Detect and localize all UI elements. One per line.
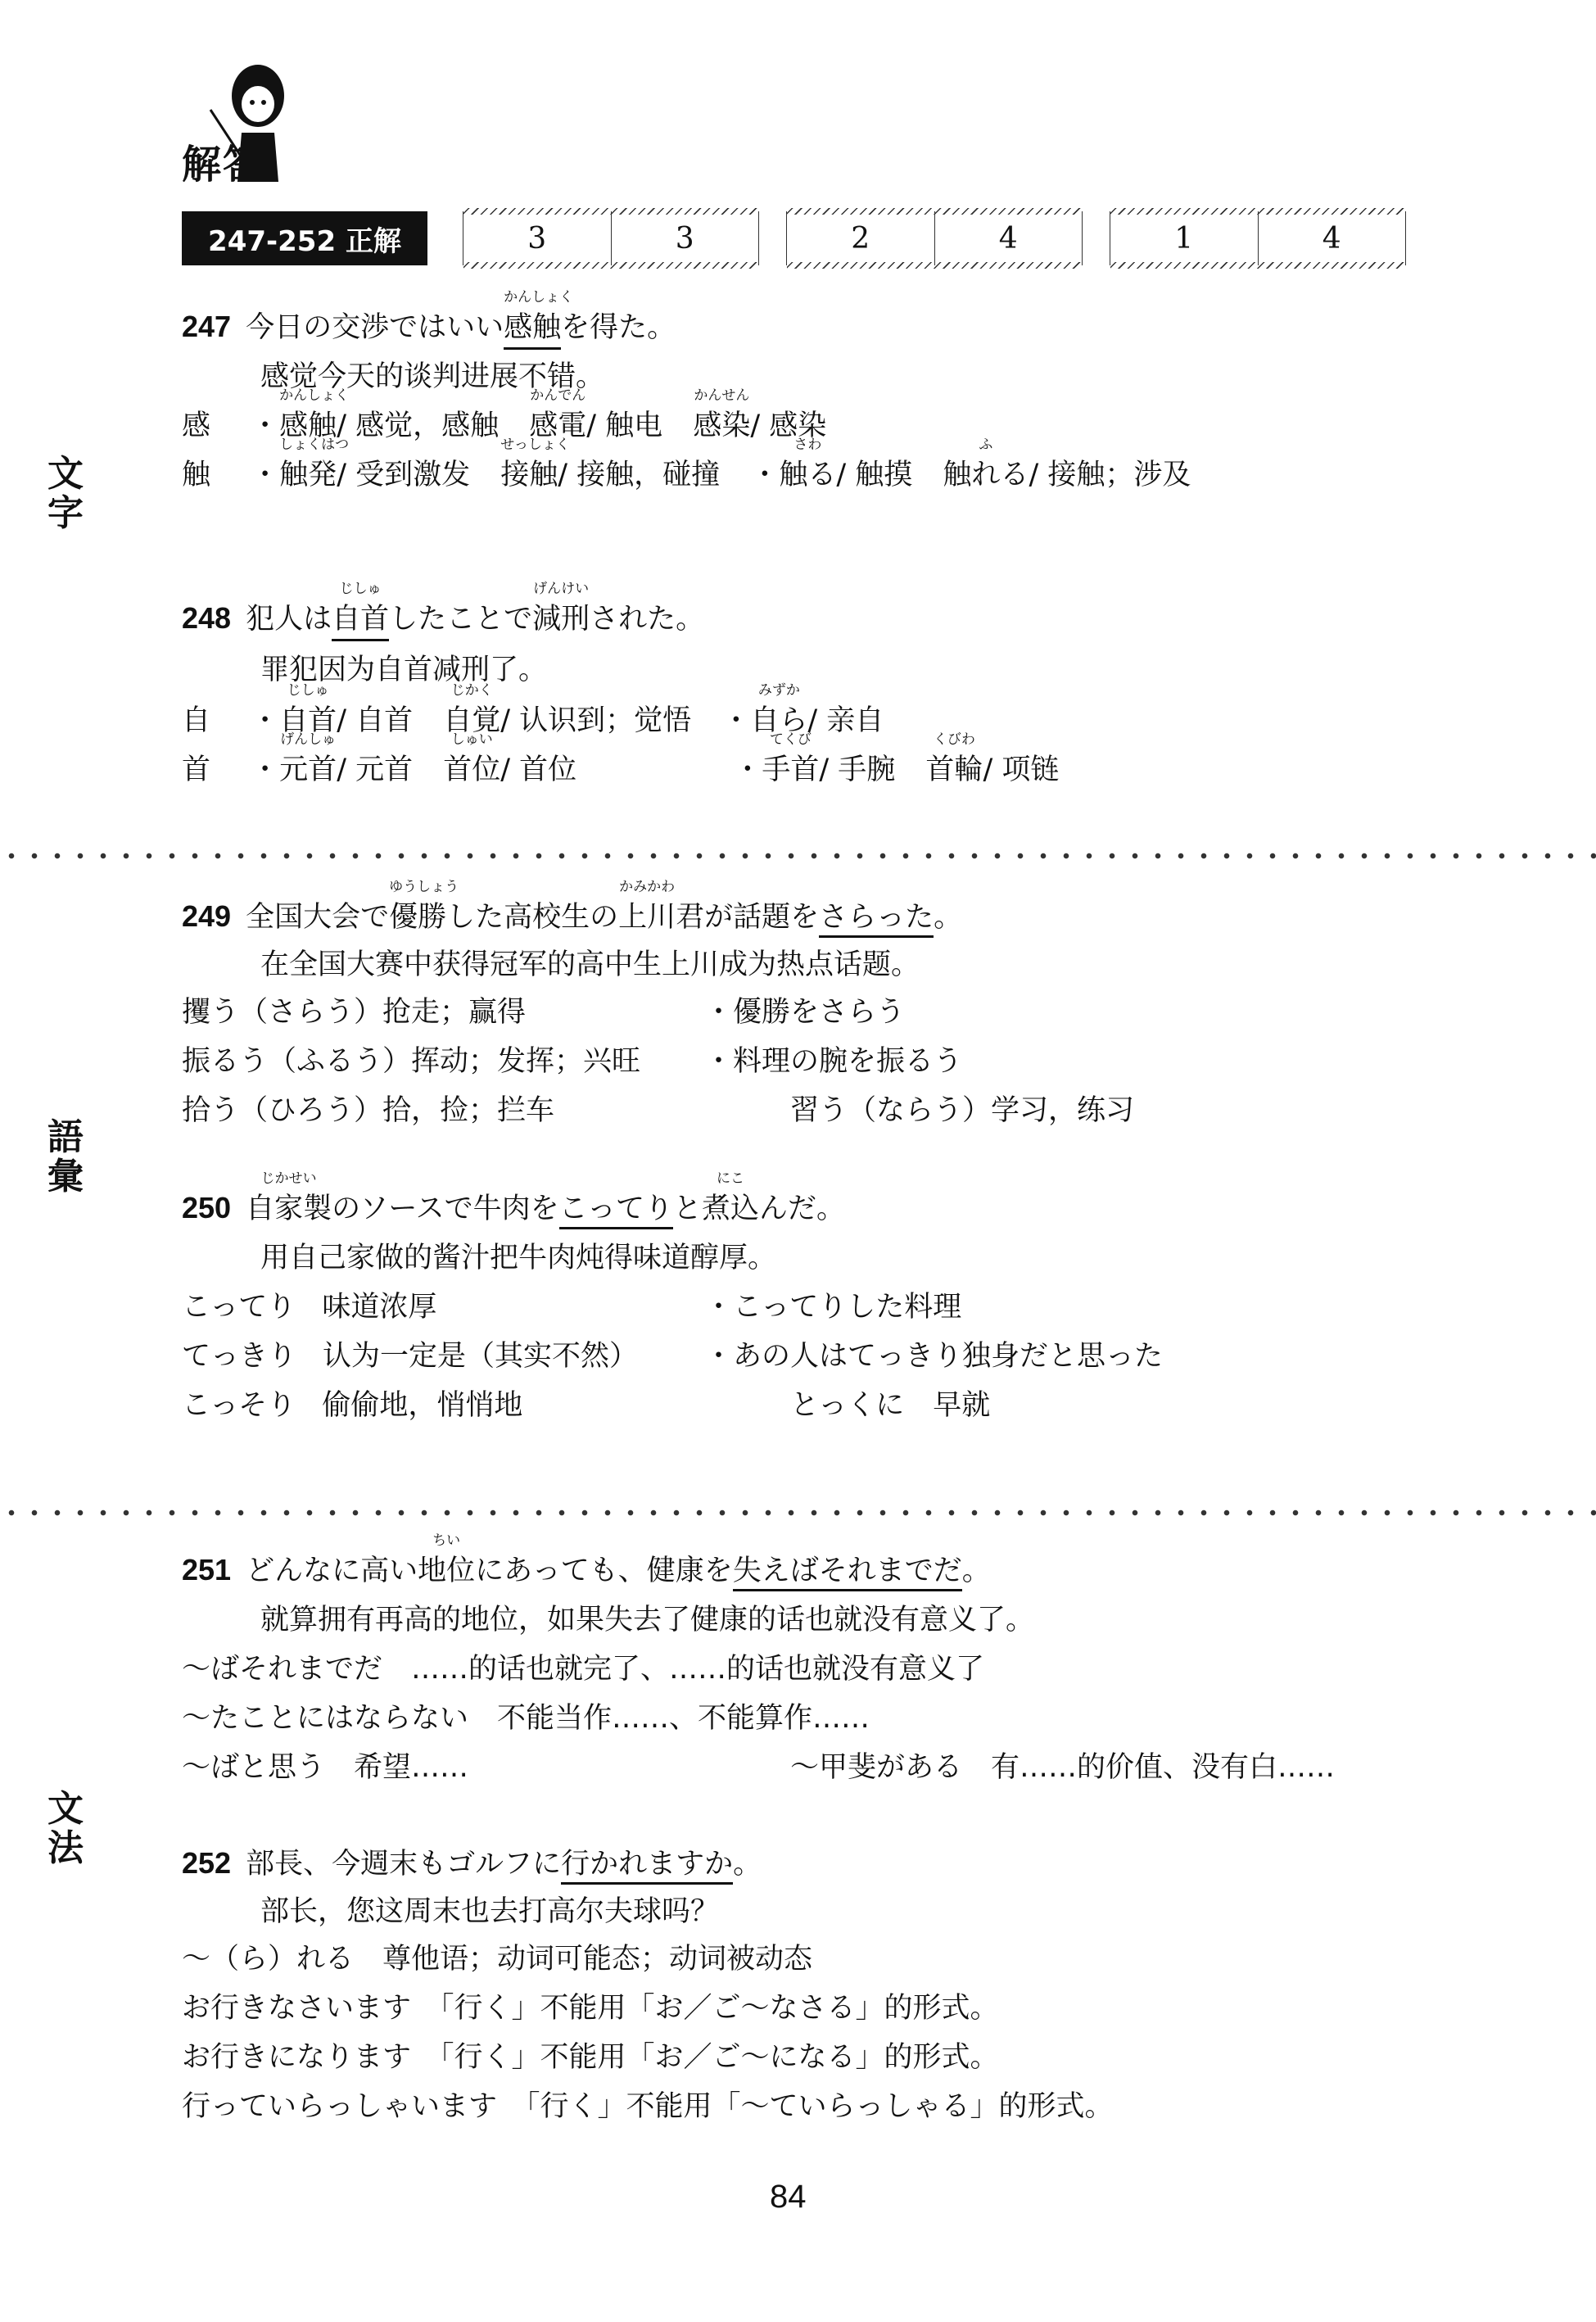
question-text: のソースで牛肉を xyxy=(332,1193,559,1225)
question-250: 250じかせい自家製のソースで牛肉をこってりとにこ煮込んだ。 xyxy=(182,1186,845,1227)
vocab-meaning: / 自首 xyxy=(337,704,413,737)
answer-247: 3 xyxy=(463,211,611,265)
question-number: 247 xyxy=(182,310,231,343)
vocab-meaning: / 元首 xyxy=(337,754,413,786)
note-line: ～（ら）れる 尊他语；动词可能态；动词被动态 xyxy=(182,1936,812,1977)
page-number: 84 xyxy=(770,2179,807,2216)
note-right: ・こってりした料理 xyxy=(704,1284,961,1325)
note-left: てっきり认为一定是（其实不然） xyxy=(182,1333,638,1374)
note-right: ・料理の腕を振るう xyxy=(704,1039,962,1080)
question-248: 248犯人はじしゅ自首したことでげんけい減刑された。 xyxy=(182,596,704,641)
furigana: せっしょく xyxy=(500,432,558,453)
kanji-head: 触 xyxy=(182,459,210,491)
question-text: された。 xyxy=(590,603,704,636)
note-right: ・あの人はてっきり独身だと思った xyxy=(704,1333,1163,1374)
answer-group-1: 3 3 xyxy=(463,211,759,265)
furigana: じしゅ xyxy=(332,577,389,597)
side-label-moji: 文字 xyxy=(45,455,86,534)
target-word: かんしょく感触 xyxy=(504,305,561,350)
vocab-meaning: / 感觉，感触 xyxy=(337,410,499,442)
question-text: 。 xyxy=(962,1555,991,1587)
answer-251: 1 xyxy=(1110,211,1258,265)
target-word: 失えばそれまでだ xyxy=(733,1555,962,1591)
answer-group-3: 1 4 xyxy=(1110,211,1406,265)
furigana: かんでん xyxy=(529,383,586,404)
answer-248: 3 xyxy=(611,211,759,265)
note-left: 攫う（さらう）抢走；赢得 xyxy=(182,989,526,1030)
section-divider xyxy=(0,852,1596,860)
furigana: げんしゅ xyxy=(279,727,337,748)
question-text: 全国大会で xyxy=(246,901,389,934)
note-left: 拾う（ひろう）拾，捡；拦车 xyxy=(182,1088,554,1129)
furigana: かんせん xyxy=(693,383,750,404)
answer-range-label: 247-252 正解 xyxy=(182,211,427,265)
question-text: 上川 xyxy=(618,901,676,934)
note-line: お行きなさいます 「行く」不能用「お／ご～なさる」的形式。 xyxy=(182,1985,999,2026)
question-text: んだ。 xyxy=(759,1193,845,1225)
question-text: したことで xyxy=(389,603,532,636)
question-text: と xyxy=(673,1193,702,1225)
furigana: しょくはつ xyxy=(279,432,337,453)
target-text: 感触 xyxy=(504,311,561,344)
furigana: にこ xyxy=(702,1166,759,1187)
note-left: ～ばと思う 希望…… xyxy=(182,1745,468,1786)
furigana: じかせい xyxy=(246,1166,332,1187)
vocab-meaning: / 接触；涉及 xyxy=(1029,459,1191,491)
question-text: 今日の交渉ではいい xyxy=(246,311,504,344)
question-251: 251どんなに高いちい地位にあっても、健康を失えばそれまでだ。 xyxy=(182,1548,991,1589)
question-text: どんなに高い xyxy=(246,1555,418,1587)
question-text: 減刑 xyxy=(532,603,590,636)
note-left: こってり味道浓厚 xyxy=(182,1284,436,1325)
section-divider xyxy=(0,1509,1596,1517)
vocab-meaning: / 触电 xyxy=(586,410,662,442)
note-right: とっくに 早就 xyxy=(790,1383,990,1424)
translation-252: 部长，您这周末也去打高尔夫球吗？ xyxy=(260,1889,719,1930)
question-number: 252 xyxy=(182,1846,231,1880)
translation-250: 用自己家做的酱汁把牛肉炖得味道醇厚。 xyxy=(260,1235,776,1276)
furigana: ゆうしょう xyxy=(389,875,446,895)
question-number: 248 xyxy=(182,601,231,635)
vocab-meaning: / 触摸 xyxy=(836,459,912,491)
kanji-head: 感 xyxy=(182,410,210,442)
vocab-word: 首位 xyxy=(443,754,500,786)
furigana: じしゅ xyxy=(279,678,337,699)
note-word: こってり xyxy=(182,1291,296,1324)
furigana: ちい xyxy=(418,1528,475,1549)
note-line: お行きになります 「行く」不能用「お／ご～になる」的形式。 xyxy=(182,2035,999,2075)
note-line: 行っていらっしゃいます 「行く」不能用「～ていらっしゃる」的形式。 xyxy=(182,2084,1114,2125)
question-number: 249 xyxy=(182,899,231,933)
vocab-word: 触発 xyxy=(279,459,337,491)
answer-250: 4 xyxy=(934,211,1083,265)
answer-249: 2 xyxy=(787,211,934,265)
answer-252: 4 xyxy=(1258,211,1406,265)
note-right: 習う（ならう）学习，练习 xyxy=(790,1088,1134,1129)
vocab-meaning: / 项链 xyxy=(983,754,1059,786)
vocab-row: 触 ・しょくはつ触発/ 受到激发 せっしょく接触/ 接触，碰撞 ・さわ触る/ 触… xyxy=(182,452,1191,493)
kanji-head: 自 xyxy=(182,704,210,737)
note-meaning: 认为一定是（其实不然） xyxy=(323,1340,638,1373)
note-word: てっきり xyxy=(182,1340,296,1373)
vocab-word: 触れる xyxy=(943,459,1029,491)
question-text: 部長、今週末もゴルフに xyxy=(246,1848,561,1881)
teacher-mascot-icon xyxy=(209,59,299,190)
question-number: 250 xyxy=(182,1191,231,1224)
question-247: 247今日の交渉ではいいかんしょく感触を得た。 xyxy=(182,305,676,350)
question-number: 251 xyxy=(182,1553,231,1586)
furigana: かんしょく xyxy=(504,285,561,306)
vocab-meaning: / 接触，碰撞 xyxy=(558,459,720,491)
question-249: 249全国大会でゆうしょう優勝した高校生のかみかわ上川君が話題をさらった。 xyxy=(182,894,962,935)
furigana: じかく xyxy=(443,678,500,699)
question-252: 252部長、今週末もゴルフに行かれますか。 xyxy=(182,1841,762,1882)
note-right: ～甲斐がある 有……的价值、没有白…… xyxy=(790,1745,1335,1786)
note-left: こっそり偷偷地，悄悄地 xyxy=(182,1383,522,1424)
target-word: さらった xyxy=(819,901,934,938)
question-text: 地位 xyxy=(418,1555,475,1587)
question-text: 。 xyxy=(934,901,962,934)
furigana: げんけい xyxy=(532,577,590,597)
question-text: した高校生の xyxy=(446,901,618,934)
answer-group-2: 2 4 xyxy=(786,211,1083,265)
kanji-head: 首 xyxy=(182,754,210,786)
vocab-word: 手首 xyxy=(762,754,819,786)
note-left: ～たことにはならない 不能当作……、不能算作…… xyxy=(182,1695,870,1736)
target-word: こってり xyxy=(559,1193,673,1229)
question-text: 煮込 xyxy=(702,1193,759,1225)
vocab-word: 元首 xyxy=(279,754,337,786)
vocab-row: 首 ・げんしゅ元首/ 元首 しゅい首位/ 首位 ・てくび手首/ 手腕 くびわ首輪… xyxy=(182,747,1059,788)
furigana: しゅい xyxy=(443,727,500,748)
question-text: 優勝 xyxy=(389,901,446,934)
side-label-bunpou: 文法 xyxy=(45,1790,86,1869)
vocab-meaning: / 首位 xyxy=(500,754,576,786)
furigana: かみかわ xyxy=(618,875,676,895)
vocab-word: 触る xyxy=(779,459,836,491)
vocab-meaning: / 受到激发 xyxy=(337,459,470,491)
question-text: にあっても、健康を xyxy=(475,1555,733,1587)
side-label-goi: 語彙 xyxy=(45,1118,86,1197)
note-left: 振るう（ふるう）挥动；发挥；兴旺 xyxy=(182,1039,640,1080)
target-word: 行かれますか xyxy=(561,1848,733,1885)
note-meaning: 偷偷地，悄悄地 xyxy=(322,1389,522,1422)
vocab-word: 接触 xyxy=(500,459,558,491)
question-text: 。 xyxy=(733,1848,762,1881)
furigana: てくび xyxy=(762,727,819,748)
question-text: 犯人は xyxy=(246,603,332,636)
furigana: くびわ xyxy=(925,727,983,748)
question-text: 自家製 xyxy=(246,1193,332,1225)
vocab-word: 首輪 xyxy=(925,754,983,786)
target-text: 自首 xyxy=(332,603,389,636)
furigana: さわ xyxy=(779,432,836,453)
vocab-meaning: / 手腕 xyxy=(819,754,895,786)
furigana: かんしょく xyxy=(279,383,337,404)
target-word: じしゅ自首 xyxy=(332,596,389,641)
question-text: を得た。 xyxy=(561,311,676,344)
note-meaning: 味道浓厚 xyxy=(322,1291,436,1324)
vocab-meaning: / 认识到；觉悟 xyxy=(500,704,691,737)
furigana: ふ xyxy=(943,432,1029,453)
furigana: みずか xyxy=(750,678,807,699)
note-right: ・優勝をさらう xyxy=(704,989,905,1030)
translation-251: 就算拥有再高的地位，如果失去了健康的话也就没有意义了。 xyxy=(260,1597,1034,1638)
question-text: 君が話題を xyxy=(676,901,819,934)
vocab-word: 感染 xyxy=(693,410,750,442)
note-word: こっそり xyxy=(182,1389,296,1422)
note-left: ～ばそれまでだ ……的话也就完了、……的话也就没有意义了 xyxy=(182,1646,984,1687)
translation-249: 在全国大赛中获得冠军的高中生上川成为热点话题。 xyxy=(260,942,920,983)
